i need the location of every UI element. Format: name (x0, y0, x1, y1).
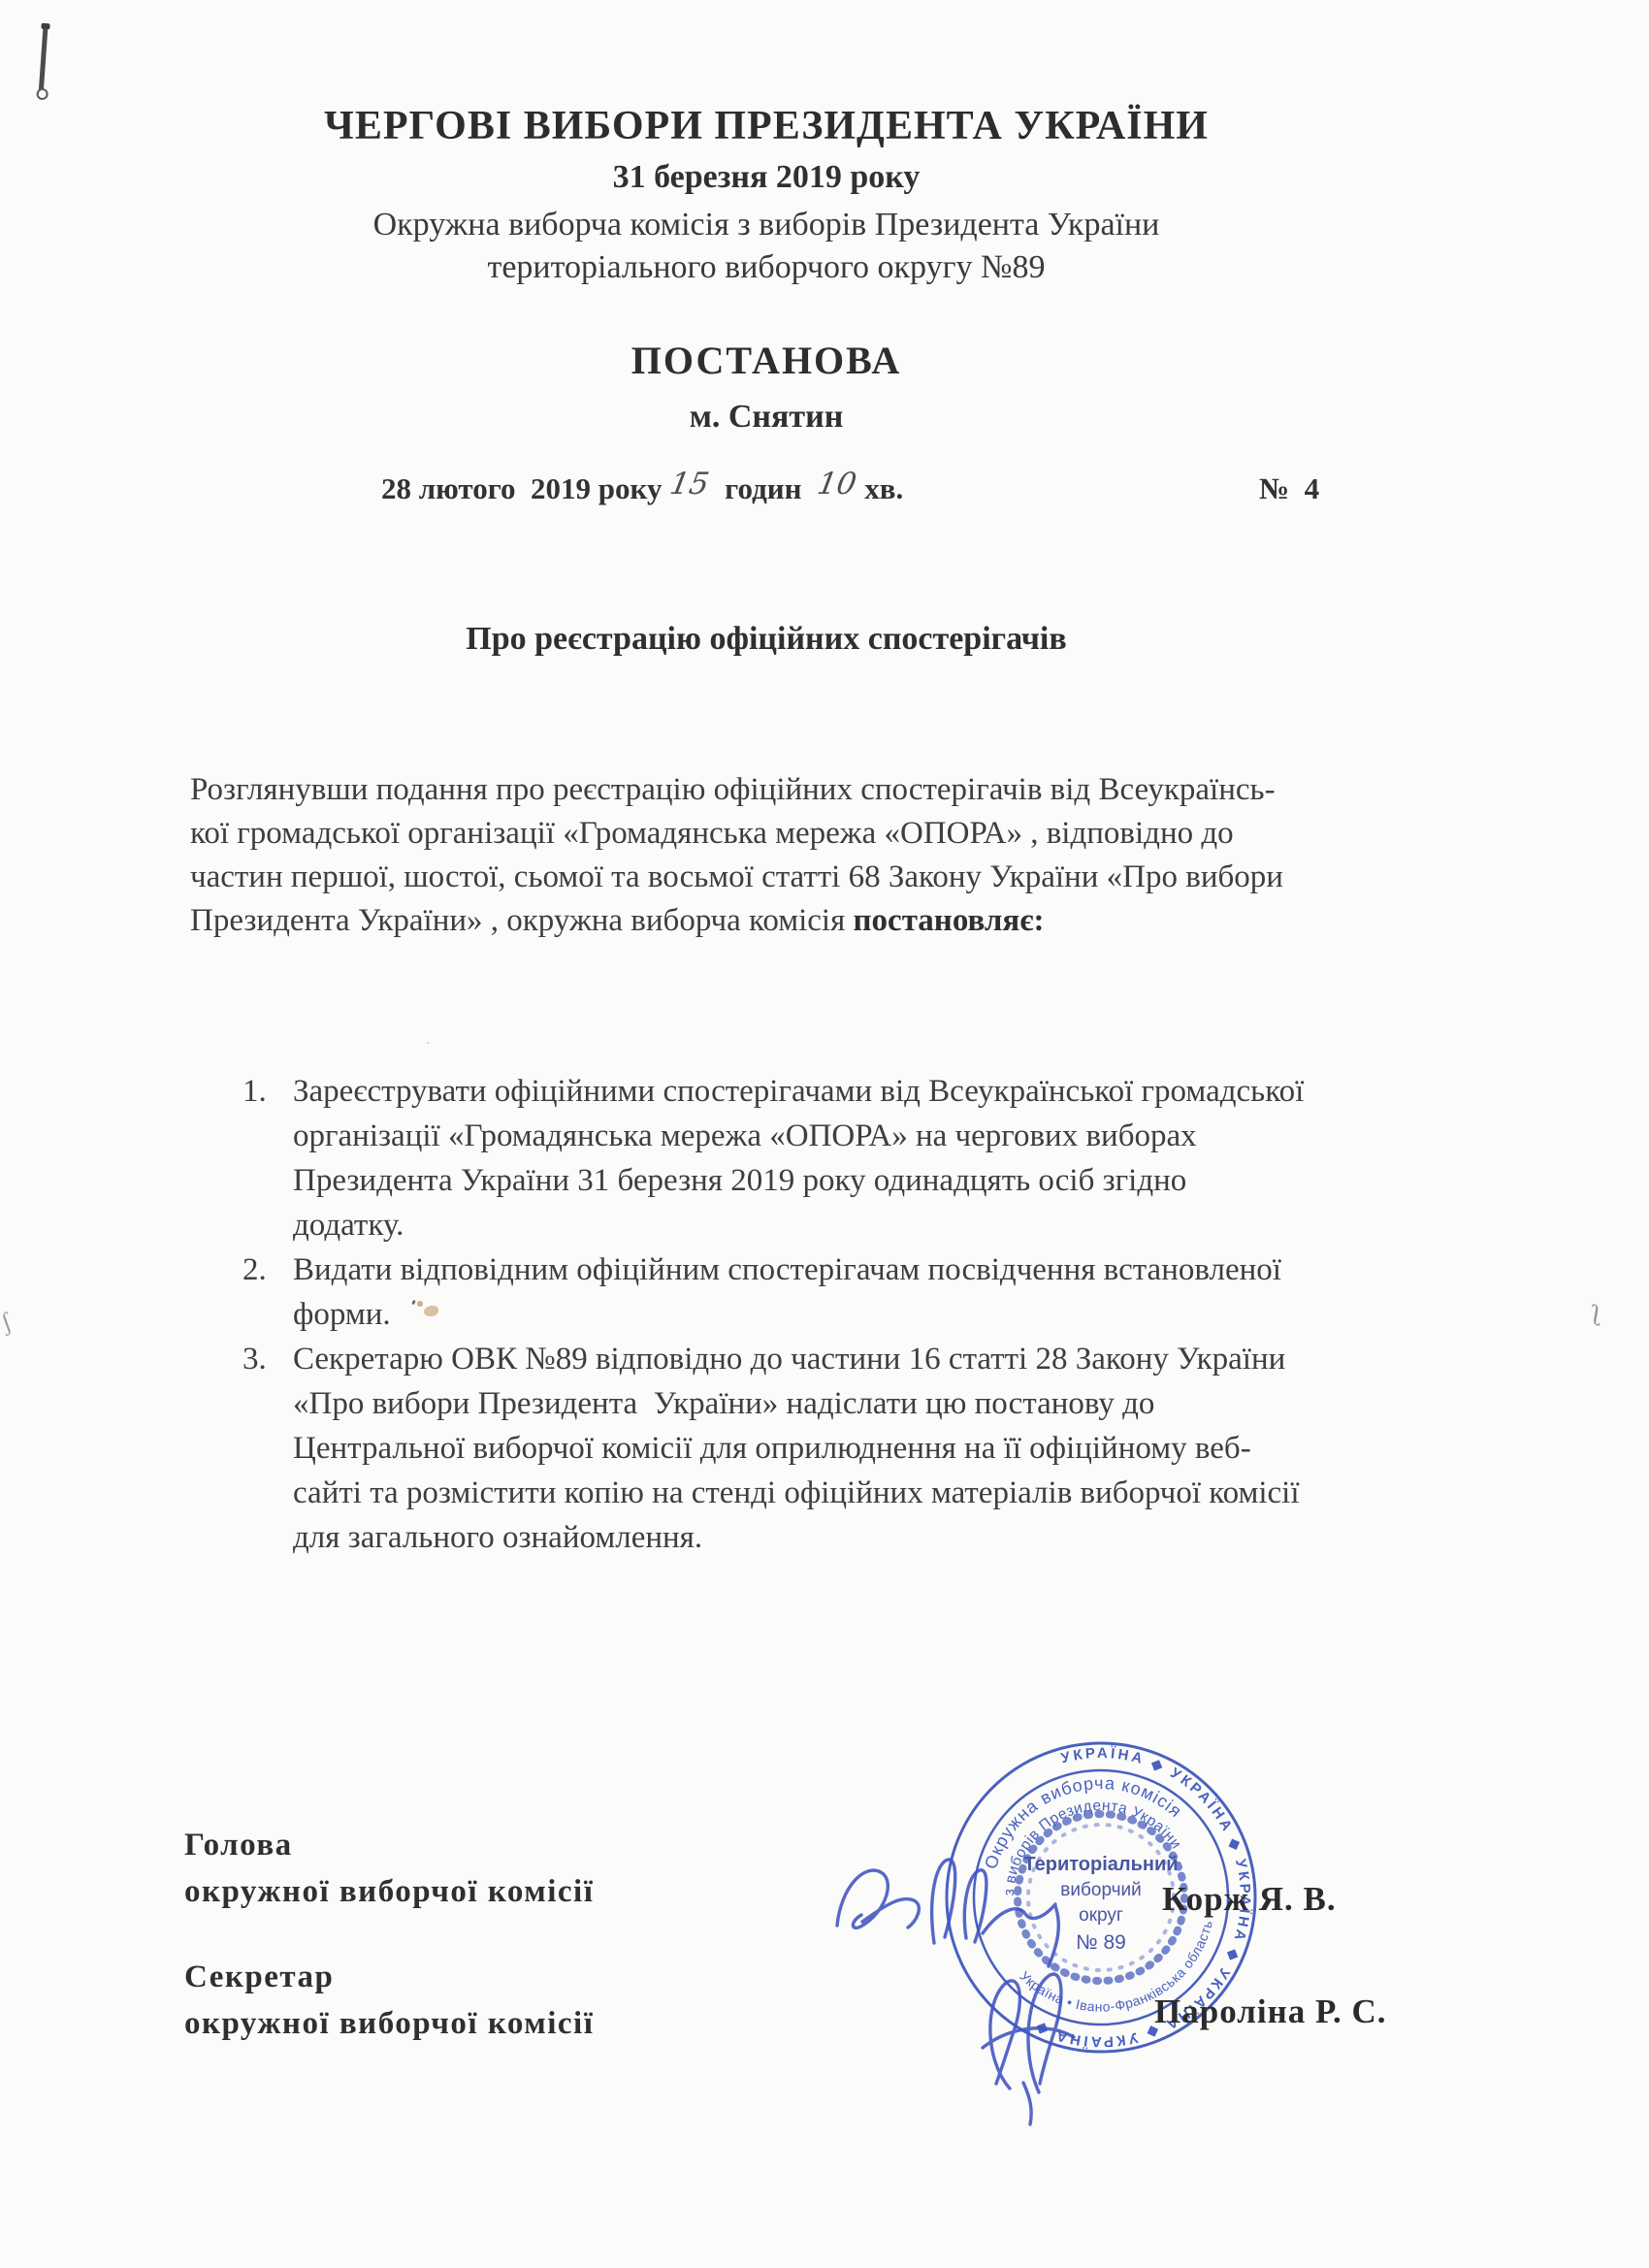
list-line: сайті та розмістити копію на стенді офіц… (293, 1471, 1304, 1515)
header-title: ЧЕРГОВІ ВИБОРИ ПРЕЗИДЕНТА УКРАЇНИ (0, 103, 1533, 149)
list-line: Центральної виборчої комісії для оприлюд… (293, 1426, 1304, 1471)
margin-mark-right: ʅ (1588, 1299, 1606, 1334)
list-marker: 2. (242, 1247, 267, 1292)
doc-type-heading: ПОСТАНОВА (0, 338, 1533, 383)
document-page: ЧЕРГОВІ ВИБОРИ ПРЕЗИДЕНТА УКРАЇНИ 31 бер… (0, 0, 1649, 2268)
chairman-title: Голова окружної виборчої комісії (184, 1822, 594, 1915)
place-line: м. Снятин (0, 399, 1533, 436)
staple-mark (38, 25, 48, 97)
intro-paragraph: Розглянувши подання про реєстрацію офіці… (190, 768, 1283, 943)
minutes-label: хв. (864, 471, 903, 505)
list-line: організації «Громадянська мережа «ОПОРА»… (293, 1114, 1304, 1158)
document-type-block: ПОСТАНОВА м. Снятин (0, 338, 1533, 436)
intro-line: Розглянувши подання про реєстрацію офіці… (190, 768, 1283, 812)
date-prefix: 28 лютого 2019 року (381, 471, 662, 505)
chairman-title-line: Голова (184, 1822, 594, 1868)
list-line: форми. (293, 1292, 1304, 1337)
list-line: Секретарю ОВК №89 відповідно до частини … (293, 1337, 1304, 1381)
doc-number: № 4 (1259, 471, 1319, 506)
intro-line: Президента України» , окружна виборча ко… (190, 899, 1283, 943)
intro-line: частин першої, шостої, сьомої та восьмої… (190, 856, 1283, 899)
header-district-line: територіального виборчого округу №89 (0, 246, 1533, 289)
subject-heading: Про реєстрацію офіційних спостерігачів (0, 621, 1533, 658)
chairman-title-line: окружної виборчої комісії (184, 1868, 594, 1915)
list-marker: 1. (242, 1069, 267, 1114)
chairman-signature (837, 1860, 1058, 1966)
intro-line: кої громадської організації «Громадянськ… (190, 812, 1283, 856)
header-commission-line: Окружна виборча комісія з виборів Презид… (0, 204, 1533, 246)
list-line: Видати відповідним офіційним спостерігач… (293, 1247, 1304, 1292)
secretary-title-line: окружної виборчої комісії (184, 2000, 594, 2047)
hours-label: годин (717, 471, 809, 505)
list-item-1: 1. Зареєструвати офіційними спостерігача… (242, 1069, 1304, 1247)
chairman-name: Корж Я. В. (1162, 1880, 1337, 1919)
secretary-title: Секретар окружної виборчої комісії (184, 1954, 594, 2047)
handwritten-minutes: 10 (815, 467, 859, 502)
list-line: Зареєструвати офіційними спостерігачами … (293, 1069, 1304, 1114)
list-item-3: 3. Секретарю ОВК №89 відповідно до части… (242, 1337, 1304, 1560)
resolve-word: постановляє: (854, 903, 1045, 938)
intro-line-regular: Президента України» , окружна виборча ко… (190, 903, 854, 938)
header-election-date: 31 березня 2019 року (0, 159, 1533, 196)
signatures-overlay (820, 1829, 1149, 2139)
secretary-title-line: Секретар (184, 1954, 594, 2000)
list-line: для загального ознайомлення. (293, 1515, 1304, 1560)
document-header: ЧЕРГОВІ ВИБОРИ ПРЕЗИДЕНТА УКРАЇНИ 31 бер… (0, 103, 1533, 289)
secretary-name: Пароліна Р. С. (1154, 1993, 1387, 2031)
list-item-2: 2. Видати відповідним офіційним спостері… (242, 1247, 1304, 1337)
margin-mark-left: ʃ (0, 1307, 16, 1337)
faint-speck: ˙ (425, 1038, 431, 1058)
secretary-signature (983, 1974, 1074, 2124)
list-line: «Про вибори Президента України» надіслат… (293, 1381, 1304, 1426)
list-line: Президента України 31 березня 2019 року … (293, 1158, 1304, 1203)
meeting-datetime: 28 лютого 2019 року 15 годин 10 хв. (381, 471, 903, 506)
handwritten-hours: 15 (667, 467, 712, 502)
resolution-list: 1. Зареєструвати офіційними спостерігача… (242, 1069, 1304, 1560)
list-marker: 3. (242, 1337, 267, 1381)
list-line: додатку. (293, 1203, 1304, 1247)
